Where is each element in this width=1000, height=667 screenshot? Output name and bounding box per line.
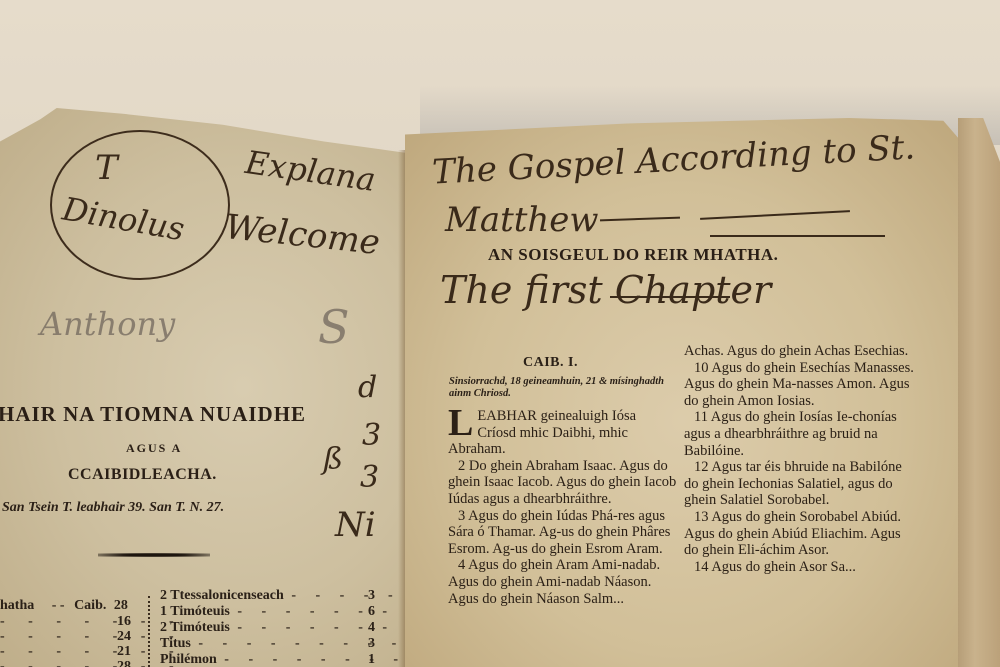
pen-flourish xyxy=(710,235,885,237)
handwritten-chapter-label: The first Chapter xyxy=(440,268,771,312)
toc-book: 2 Timóteuis xyxy=(160,620,230,635)
drop-cap: L xyxy=(448,408,473,438)
toc-chapters: 1 xyxy=(368,652,375,667)
verse-1: EABHAR geinealuigh Iósa Críosd mhic Daib… xyxy=(448,408,678,458)
margin-numeral-4: 3 xyxy=(360,460,379,495)
handwritten-title-line-2: Matthew xyxy=(445,200,599,240)
pen-flourish xyxy=(610,296,730,298)
verse-12: 12 Agus tar éis bhruide na Babilóne do g… xyxy=(684,459,916,509)
verse-3: 3 Agus do ghein Iúdas Phá-res agus Sára … xyxy=(448,508,678,558)
toc-left-row-3: - - - - - - - 24 xyxy=(0,629,184,645)
verse-14: 14 Agus do ghein Asor Sa... xyxy=(684,559,916,576)
chapter-summary: Sinsiorrachd, 18 geineamhuin, 21 & mísin… xyxy=(449,376,679,400)
toc-brace xyxy=(148,596,152,667)
toc-right-row-1: 2 Ttessalonicenseach - - - - - 3 xyxy=(160,588,401,604)
chapter-title: CAIB. I. xyxy=(523,355,578,371)
left-page-subtitle-2: CCAIBIDLEACHA. xyxy=(68,466,217,484)
toc-book: Philémon xyxy=(160,652,217,667)
toc-caib-label: Caib. xyxy=(74,598,106,613)
verse-10: 10 Agus do ghein Esechías Manasses. Agus… xyxy=(684,360,916,410)
verse-2: 2 Do ghein Abraham Isaac. Agus do ghein … xyxy=(448,458,678,508)
pencil-signature: Anthony xyxy=(40,305,175,343)
toc-chapters: 28 xyxy=(114,598,128,613)
margin-numeral-3: ß xyxy=(323,442,343,477)
toc-chapters: 28 xyxy=(117,659,131,667)
toc-chapters: 21 xyxy=(117,644,131,660)
verse-9-end: Achas. Agus do ghein Achas Esechias. xyxy=(684,343,916,360)
ornament-rule xyxy=(98,553,210,557)
book-counts-line: San Tsein T. leabhair 39. San T. N. 27. xyxy=(2,500,224,516)
toc-book: Titus xyxy=(160,636,191,651)
gospel-heading: AN SOISGEUL DO REIR MHATHA. xyxy=(488,245,778,265)
toc-book: 1 Timóteuis xyxy=(160,604,230,619)
verse-11: 11 Agus do ghein Iosías Ie-chonías agus … xyxy=(684,409,916,459)
verse-13: 13 Agus do ghein Sorobabel Abiúd. Agus d… xyxy=(684,509,916,559)
pencil-flourish: S xyxy=(318,300,350,354)
verse-4: 4 Agus do ghein Aram Ami-nadab. Agus do … xyxy=(448,557,678,607)
left-page-title: HAIR NA TIOMNA NUAIDHE xyxy=(0,402,306,427)
page-edges xyxy=(958,118,1000,667)
toc-chapters: 3 xyxy=(368,636,375,652)
handwritten-circle-top: T xyxy=(95,148,118,188)
toc-chapters: 24 xyxy=(117,629,131,645)
toc-left-row-5: - - - - - - - 28 xyxy=(0,659,184,667)
toc-left-row-2: - - - - - - - 16 xyxy=(0,614,184,630)
margin-numeral-5: Ni xyxy=(335,505,376,545)
left-page-subtitle-1: AGUS A xyxy=(126,441,182,456)
margin-numeral-1: d xyxy=(358,370,377,405)
toc-right-row-5: Philémon - - - - - - - - 1 xyxy=(160,652,406,667)
toc-chapters: 4 xyxy=(368,620,375,636)
toc-left-row-4: - - - - - - - 21 xyxy=(0,644,184,660)
text-column-2: Achas. Agus do ghein Achas Esechias. 10 … xyxy=(684,343,916,575)
toc-chapters: 6 xyxy=(368,604,375,620)
toc-chapters: 16 xyxy=(117,614,131,630)
margin-numeral-2: 3 xyxy=(362,418,381,453)
toc-left-row-1: hatha - - Caib. 28 xyxy=(0,598,128,614)
toc-book: 2 Ttessalonicenseach xyxy=(160,588,284,603)
toc-book: hatha xyxy=(0,598,34,613)
text-column-1: L EABHAR geinealuigh Iósa Críosd mhic Da… xyxy=(448,408,678,607)
toc-chapters: 3 xyxy=(368,588,375,604)
